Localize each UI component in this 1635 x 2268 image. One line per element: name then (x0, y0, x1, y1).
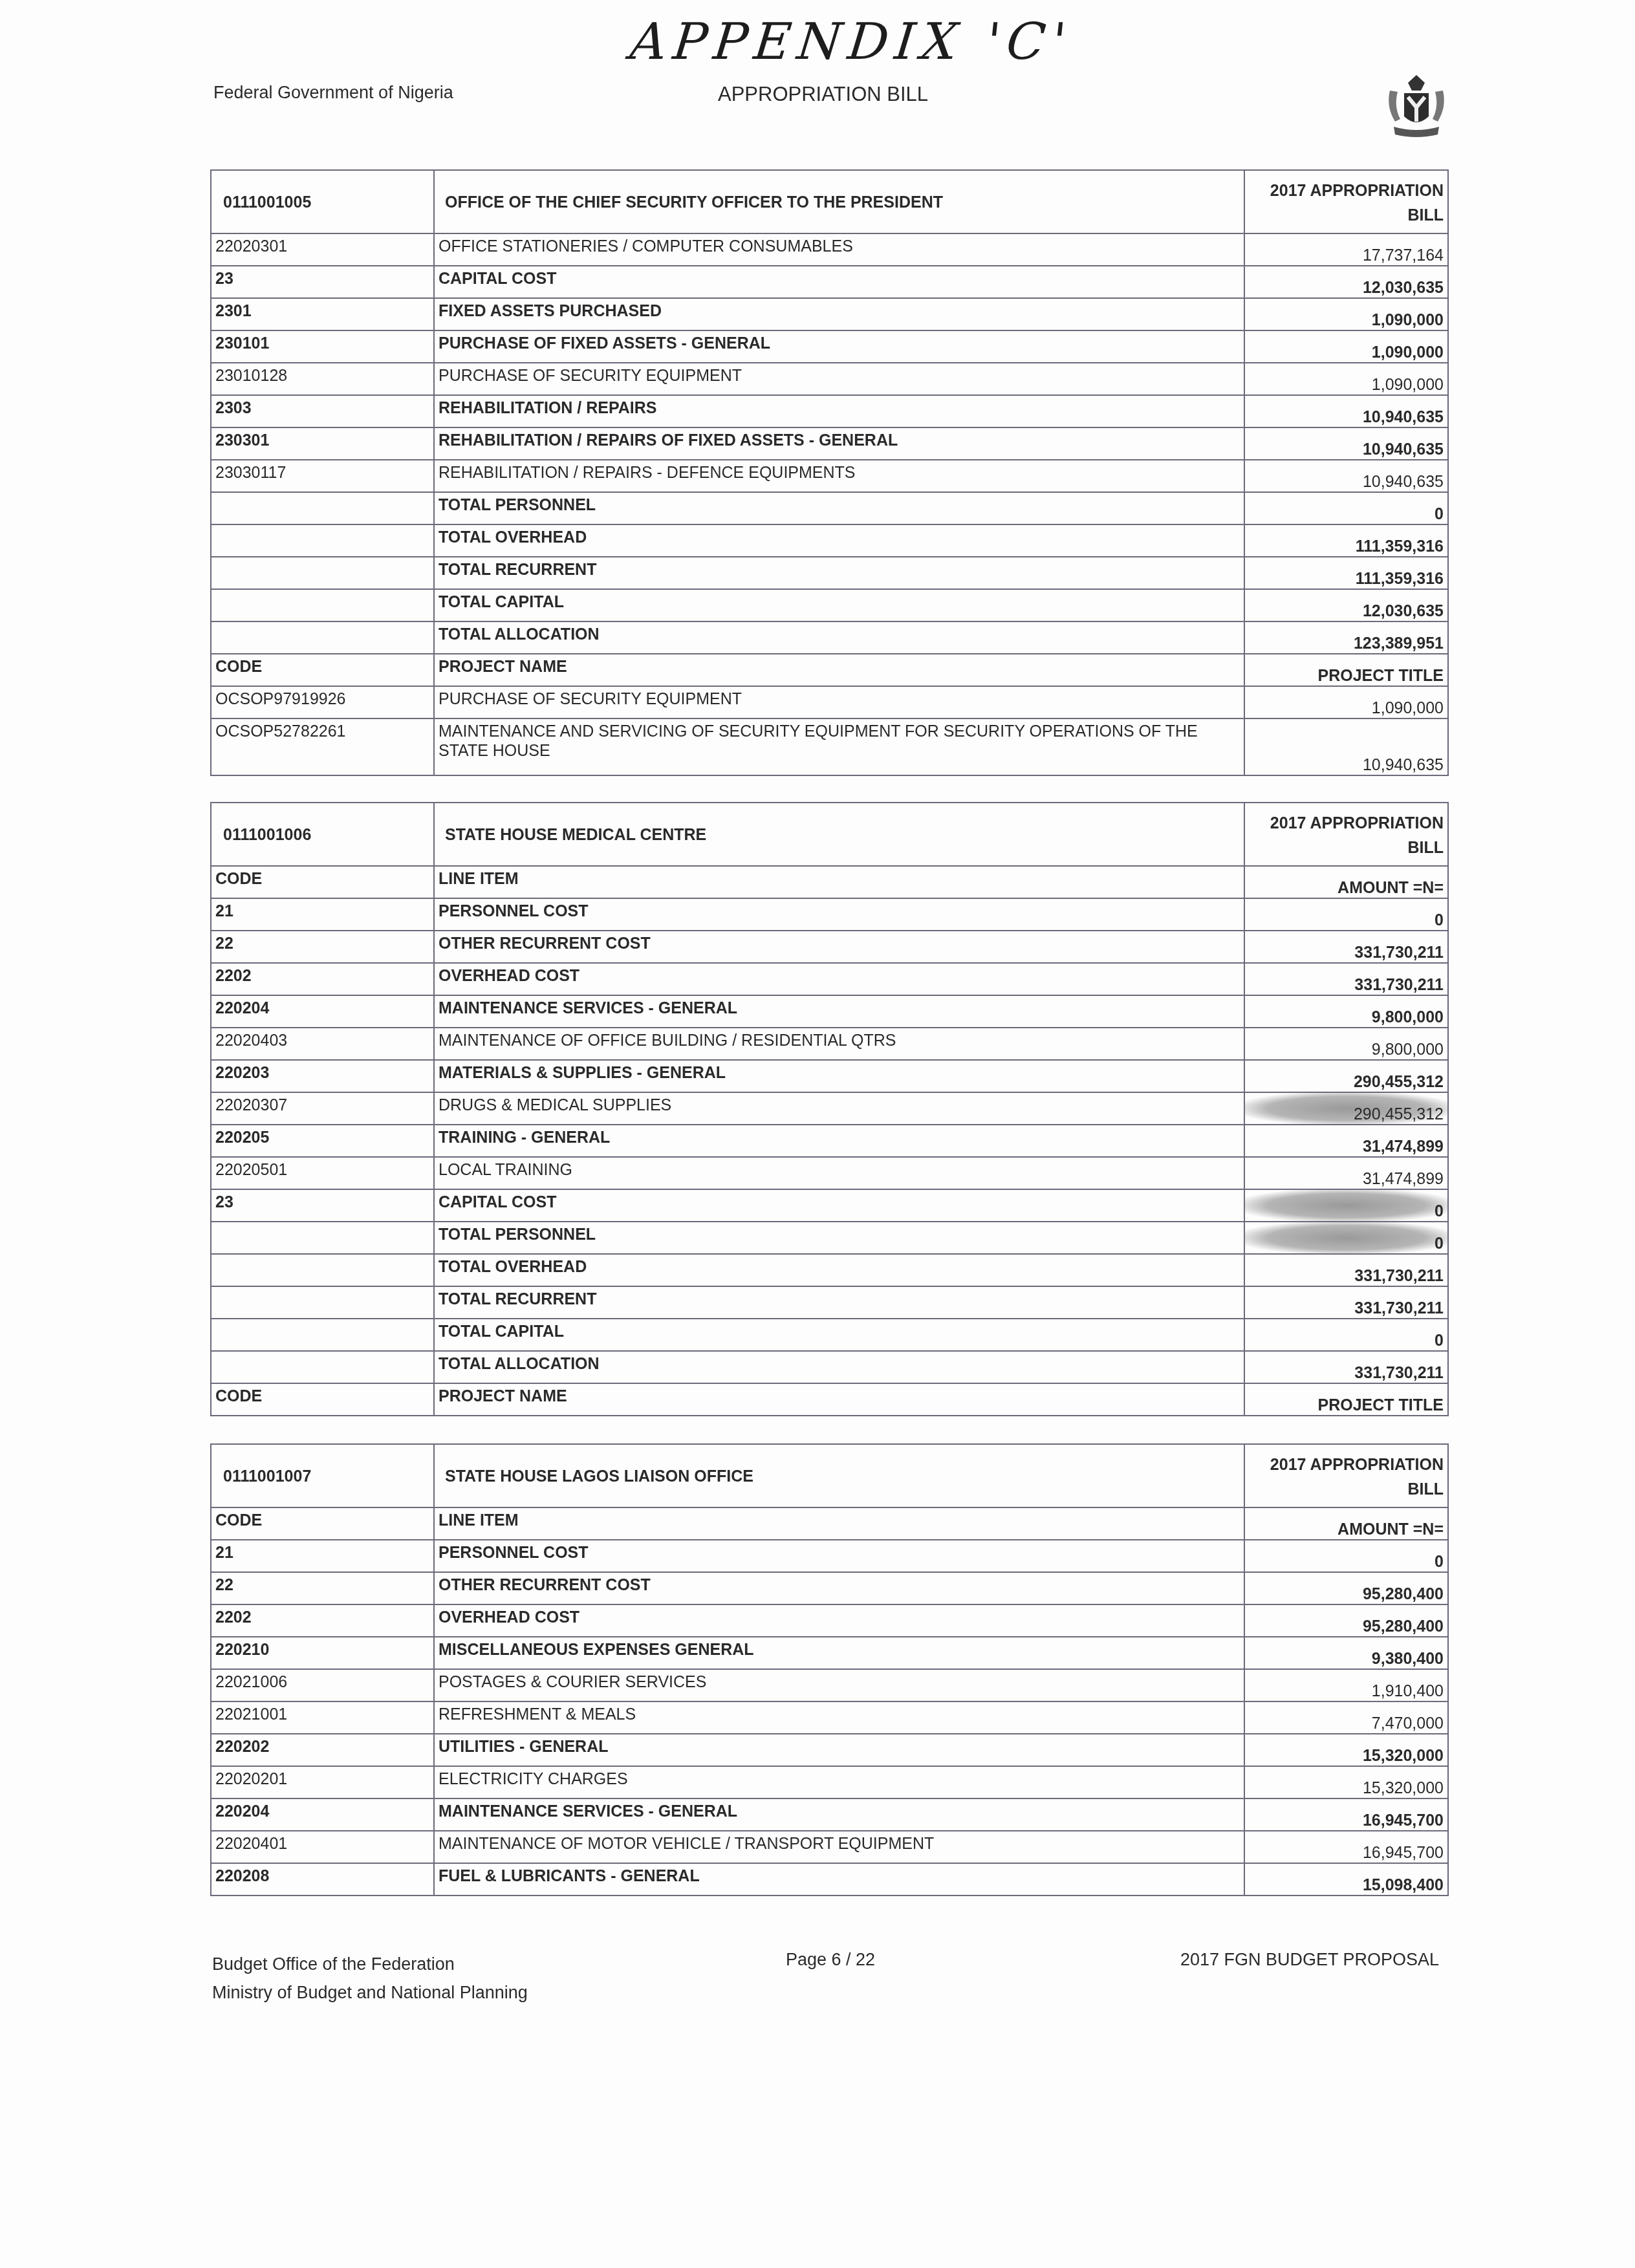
table-row: OCSOP52782261MAINTENANCE AND SERVICING O… (211, 718, 1448, 775)
row-name: PURCHASE OF SECURITY EQUIPMENT (434, 686, 1244, 718)
row-name: UTILITIES - GENERAL (434, 1734, 1244, 1766)
section-header-row: 0111001005OFFICE OF THE CHIEF SECURITY O… (211, 170, 1448, 233)
section-code: 0111001005 (211, 170, 434, 233)
row-code: CODE (211, 866, 434, 898)
row-code: 21 (211, 898, 434, 931)
table-row: 22020501LOCAL TRAINING31,474,899 (211, 1157, 1448, 1189)
table-row: TOTAL ALLOCATION331,730,211 (211, 1351, 1448, 1383)
row-name: MATERIALS & SUPPLIES - GENERAL (434, 1060, 1244, 1092)
table-row: 22OTHER RECURRENT COST95,280,400 (211, 1572, 1448, 1604)
row-amount: 10,940,635 (1244, 460, 1448, 492)
table-row: 22020403MAINTENANCE OF OFFICE BUILDING /… (211, 1028, 1448, 1060)
amount-column-header: 2017 APPROPRIATIONBILL (1244, 1444, 1448, 1507)
row-amount: 15,098,400 (1244, 1863, 1448, 1895)
row-code: 22 (211, 931, 434, 963)
footer-line-2: Ministry of Budget and National Planning (212, 1978, 528, 2007)
row-amount: 0 (1244, 898, 1448, 931)
row-amount: 331,730,211 (1244, 931, 1448, 963)
table-row: TOTAL OVERHEAD331,730,211 (211, 1254, 1448, 1286)
row-code: CODE (211, 654, 434, 686)
row-name: PROJECT NAME (434, 654, 1244, 686)
row-code: 22020301 (211, 233, 434, 266)
row-code: OCSOP52782261 (211, 718, 434, 775)
table-row: 220203MATERIALS & SUPPLIES - GENERAL290,… (211, 1060, 1448, 1092)
row-name: TOTAL ALLOCATION (434, 1351, 1244, 1383)
table-row: 220204MAINTENANCE SERVICES - GENERAL16,9… (211, 1798, 1448, 1831)
row-amount: 15,320,000 (1244, 1734, 1448, 1766)
table-row: TOTAL RECURRENT111,359,316 (211, 557, 1448, 589)
row-name: TOTAL RECURRENT (434, 1286, 1244, 1319)
table-row: 21PERSONNEL COST0 (211, 1540, 1448, 1572)
row-amount: 290,455,312 (1244, 1092, 1448, 1125)
row-code: 2202 (211, 963, 434, 995)
row-code (211, 621, 434, 654)
row-code: CODE (211, 1383, 434, 1416)
table-row: 2301FIXED ASSETS PURCHASED1,090,000 (211, 298, 1448, 330)
row-name: TOTAL PERSONNEL (434, 492, 1244, 524)
table-row: 22020401MAINTENANCE OF MOTOR VEHICLE / T… (211, 1831, 1448, 1863)
row-code (211, 589, 434, 621)
table-row: 2202OVERHEAD COST331,730,211 (211, 963, 1448, 995)
row-name: MISCELLANEOUS EXPENSES GENERAL (434, 1637, 1244, 1669)
row-name: LINE ITEM (434, 1507, 1244, 1540)
row-name: PURCHASE OF SECURITY EQUIPMENT (434, 363, 1244, 395)
row-name: TOTAL CAPITAL (434, 1319, 1244, 1351)
row-amount: AMOUNT =N= (1244, 866, 1448, 898)
row-amount: 111,359,316 (1244, 524, 1448, 557)
row-name: TOTAL PERSONNEL (434, 1222, 1244, 1254)
row-amount: 111,359,316 (1244, 557, 1448, 589)
footer-issuer: Budget Office of the Federation Ministry… (212, 1950, 528, 2007)
table-row: 230301REHABILITATION / REPAIRS OF FIXED … (211, 427, 1448, 460)
row-amount: 95,280,400 (1244, 1604, 1448, 1637)
row-code: 220202 (211, 1734, 434, 1766)
row-code (211, 557, 434, 589)
row-amount: 331,730,211 (1244, 1351, 1448, 1383)
row-amount: PROJECT TITLE (1244, 654, 1448, 686)
table-row: CODEPROJECT NAMEPROJECT TITLE (211, 1383, 1448, 1416)
footer-line-1: Budget Office of the Federation (212, 1950, 528, 1978)
section-header-row: 0111001007STATE HOUSE LAGOS LIAISON OFFI… (211, 1444, 1448, 1507)
row-amount: AMOUNT =N= (1244, 1507, 1448, 1540)
row-code: OCSOP97919926 (211, 686, 434, 718)
row-code: 22020501 (211, 1157, 434, 1189)
table-row: 22020201ELECTRICITY CHARGES15,320,000 (211, 1766, 1448, 1798)
header-government: Federal Government of Nigeria (213, 83, 453, 103)
row-name: OFFICE STATIONERIES / COMPUTER CONSUMABL… (434, 233, 1244, 266)
row-amount: 10,940,635 (1244, 395, 1448, 427)
table-row: TOTAL PERSONNEL0 (211, 1222, 1448, 1254)
row-code (211, 1254, 434, 1286)
row-name: MAINTENANCE AND SERVICING OF SECURITY EQ… (434, 718, 1244, 775)
row-name: REHABILITATION / REPAIRS - DEFENCE EQUIP… (434, 460, 1244, 492)
table-row: 23CAPITAL COST0 (211, 1189, 1448, 1222)
row-code (211, 492, 434, 524)
section-title: OFFICE OF THE CHIEF SECURITY OFFICER TO … (434, 170, 1244, 233)
row-amount: 331,730,211 (1244, 1254, 1448, 1286)
table-row: CODELINE ITEMAMOUNT =N= (211, 1507, 1448, 1540)
row-name: MAINTENANCE SERVICES - GENERAL (434, 1798, 1244, 1831)
row-code: 220204 (211, 995, 434, 1028)
table-row: OCSOP97919926PURCHASE OF SECURITY EQUIPM… (211, 686, 1448, 718)
table-row: TOTAL PERSONNEL0 (211, 492, 1448, 524)
row-amount: 12,030,635 (1244, 589, 1448, 621)
table-row: CODELINE ITEMAMOUNT =N= (211, 866, 1448, 898)
row-name: PURCHASE OF FIXED ASSETS - GENERAL (434, 330, 1244, 363)
row-code: 23 (211, 1189, 434, 1222)
row-name: POSTAGES & COURIER SERVICES (434, 1669, 1244, 1701)
row-name: MAINTENANCE SERVICES - GENERAL (434, 995, 1244, 1028)
header-document-title: APPROPRIATION BILL (718, 83, 928, 106)
table-row: 22020307DRUGS & MEDICAL SUPPLIES290,455,… (211, 1092, 1448, 1125)
table-row: TOTAL CAPITAL12,030,635 (211, 589, 1448, 621)
row-name: TRAINING - GENERAL (434, 1125, 1244, 1157)
table-row: CODEPROJECT NAMEPROJECT TITLE (211, 654, 1448, 686)
row-code: 2202 (211, 1604, 434, 1637)
row-name: CAPITAL COST (434, 266, 1244, 298)
row-name: CAPITAL COST (434, 1189, 1244, 1222)
table-row: 230101PURCHASE OF FIXED ASSETS - GENERAL… (211, 330, 1448, 363)
row-amount: 9,380,400 (1244, 1637, 1448, 1669)
row-name: MAINTENANCE OF MOTOR VEHICLE / TRANSPORT… (434, 1831, 1244, 1863)
row-name: FUEL & LUBRICANTS - GENERAL (434, 1863, 1244, 1895)
row-code: CODE (211, 1507, 434, 1540)
amount-column-header: 2017 APPROPRIATIONBILL (1244, 170, 1448, 233)
row-amount: 0 (1244, 1540, 1448, 1572)
row-name: REHABILITATION / REPAIRS OF FIXED ASSETS… (434, 427, 1244, 460)
table-row: 23CAPITAL COST12,030,635 (211, 266, 1448, 298)
handwritten-annotation: APPENDIX 'C' (627, 13, 1075, 71)
row-code (211, 524, 434, 557)
row-code: 220210 (211, 1637, 434, 1669)
row-amount: 0 (1244, 1189, 1448, 1222)
row-name: PERSONNEL COST (434, 1540, 1244, 1572)
table-row: 22021006POSTAGES & COURIER SERVICES1,910… (211, 1669, 1448, 1701)
row-code: 21 (211, 1540, 434, 1572)
table-row: TOTAL OVERHEAD111,359,316 (211, 524, 1448, 557)
row-amount: 16,945,700 (1244, 1798, 1448, 1831)
row-amount: 17,737,164 (1244, 233, 1448, 266)
row-code: 2301 (211, 298, 434, 330)
row-name: TOTAL CAPITAL (434, 589, 1244, 621)
row-amount: 1,090,000 (1244, 686, 1448, 718)
amount-column-header: 2017 APPROPRIATIONBILL (1244, 803, 1448, 866)
row-name: PERSONNEL COST (434, 898, 1244, 931)
row-code: 22021001 (211, 1701, 434, 1734)
row-amount: 12,030,635 (1244, 266, 1448, 298)
row-code: 220203 (211, 1060, 434, 1092)
row-code (211, 1351, 434, 1383)
row-code: 220208 (211, 1863, 434, 1895)
row-amount: 31,474,899 (1244, 1157, 1448, 1189)
table-row: 23030117REHABILITATION / REPAIRS - DEFEN… (211, 460, 1448, 492)
row-code (211, 1319, 434, 1351)
row-amount: 15,320,000 (1244, 1766, 1448, 1798)
row-amount: 9,800,000 (1244, 1028, 1448, 1060)
row-amount: 0 (1244, 1222, 1448, 1254)
row-amount: 331,730,211 (1244, 963, 1448, 995)
row-amount: 1,910,400 (1244, 1669, 1448, 1701)
row-amount: 0 (1244, 492, 1448, 524)
row-amount: 0 (1244, 1319, 1448, 1351)
table-row: 22OTHER RECURRENT COST331,730,211 (211, 931, 1448, 963)
table-row: 22020301OFFICE STATIONERIES / COMPUTER C… (211, 233, 1448, 266)
row-amount: 10,940,635 (1244, 718, 1448, 775)
row-code: 23010128 (211, 363, 434, 395)
row-name: PROJECT NAME (434, 1383, 1244, 1416)
section-title: STATE HOUSE MEDICAL CENTRE (434, 803, 1244, 866)
row-name: REFRESHMENT & MEALS (434, 1701, 1244, 1734)
row-code (211, 1222, 434, 1254)
section-code: 0111001006 (211, 803, 434, 866)
row-amount: 31,474,899 (1244, 1125, 1448, 1157)
table-row: TOTAL CAPITAL0 (211, 1319, 1448, 1351)
row-amount: 1,090,000 (1244, 298, 1448, 330)
row-name: OTHER RECURRENT COST (434, 1572, 1244, 1604)
table-row: 220202UTILITIES - GENERAL15,320,000 (211, 1734, 1448, 1766)
section-code: 0111001007 (211, 1444, 434, 1507)
row-amount: 10,940,635 (1244, 427, 1448, 460)
row-amount: 16,945,700 (1244, 1831, 1448, 1863)
row-code: 22020201 (211, 1766, 434, 1798)
table-row: TOTAL ALLOCATION123,389,951 (211, 621, 1448, 654)
row-amount: 7,470,000 (1244, 1701, 1448, 1734)
table-row: 220205TRAINING - GENERAL31,474,899 (211, 1125, 1448, 1157)
budget-table-lagos-liaison-office: 0111001007STATE HOUSE LAGOS LIAISON OFFI… (210, 1443, 1449, 1896)
row-code: 2303 (211, 395, 434, 427)
coat-of-arms-icon (1381, 71, 1452, 142)
row-amount: 1,090,000 (1244, 363, 1448, 395)
row-code: 23 (211, 266, 434, 298)
row-name: TOTAL ALLOCATION (434, 621, 1244, 654)
table-row: 2303REHABILITATION / REPAIRS10,940,635 (211, 395, 1448, 427)
row-code: 230101 (211, 330, 434, 363)
table-row: 22021001REFRESHMENT & MEALS7,470,000 (211, 1701, 1448, 1734)
row-code: 220205 (211, 1125, 434, 1157)
row-amount: PROJECT TITLE (1244, 1383, 1448, 1416)
section-title: STATE HOUSE LAGOS LIAISON OFFICE (434, 1444, 1244, 1507)
table-row: 220208FUEL & LUBRICANTS - GENERAL15,098,… (211, 1863, 1448, 1895)
row-name: TOTAL OVERHEAD (434, 524, 1244, 557)
row-amount: 9,800,000 (1244, 995, 1448, 1028)
row-code: 22020403 (211, 1028, 434, 1060)
row-name: ELECTRICITY CHARGES (434, 1766, 1244, 1798)
table-row: 23010128PURCHASE OF SECURITY EQUIPMENT1,… (211, 363, 1448, 395)
table-row: 220210MISCELLANEOUS EXPENSES GENERAL9,38… (211, 1637, 1448, 1669)
row-amount: 290,455,312 (1244, 1060, 1448, 1092)
table-row: 220204MAINTENANCE SERVICES - GENERAL9,80… (211, 995, 1448, 1028)
row-name: REHABILITATION / REPAIRS (434, 395, 1244, 427)
row-name: LOCAL TRAINING (434, 1157, 1244, 1189)
section-header-row: 0111001006STATE HOUSE MEDICAL CENTRE2017… (211, 803, 1448, 866)
table-row: 2202OVERHEAD COST95,280,400 (211, 1604, 1448, 1637)
row-amount: 95,280,400 (1244, 1572, 1448, 1604)
row-amount: 123,389,951 (1244, 621, 1448, 654)
budget-table-chief-security-officer: 0111001005OFFICE OF THE CHIEF SECURITY O… (210, 169, 1449, 776)
row-code: 22020307 (211, 1092, 434, 1125)
row-name: OTHER RECURRENT COST (434, 931, 1244, 963)
row-code (211, 1286, 434, 1319)
row-code: 22020401 (211, 1831, 434, 1863)
row-name: DRUGS & MEDICAL SUPPLIES (434, 1092, 1244, 1125)
row-code: 22 (211, 1572, 434, 1604)
row-name: OVERHEAD COST (434, 963, 1244, 995)
row-code: 22021006 (211, 1669, 434, 1701)
row-code: 220204 (211, 1798, 434, 1831)
table-row: TOTAL RECURRENT331,730,211 (211, 1286, 1448, 1319)
row-name: TOTAL OVERHEAD (434, 1254, 1244, 1286)
row-code: 23030117 (211, 460, 434, 492)
row-name: TOTAL RECURRENT (434, 557, 1244, 589)
row-name: MAINTENANCE OF OFFICE BUILDING / RESIDEN… (434, 1028, 1244, 1060)
page-number: Page 6 / 22 (786, 1950, 875, 1970)
row-code: 230301 (211, 427, 434, 460)
row-amount: 331,730,211 (1244, 1286, 1448, 1319)
footer-document-label: 2017 FGN BUDGET PROPOSAL (1180, 1950, 1439, 1970)
budget-table-medical-centre: 0111001006STATE HOUSE MEDICAL CENTRE2017… (210, 802, 1449, 1416)
row-name: FIXED ASSETS PURCHASED (434, 298, 1244, 330)
table-row: 21PERSONNEL COST0 (211, 898, 1448, 931)
row-name: LINE ITEM (434, 866, 1244, 898)
row-amount: 1,090,000 (1244, 330, 1448, 363)
row-name: OVERHEAD COST (434, 1604, 1244, 1637)
